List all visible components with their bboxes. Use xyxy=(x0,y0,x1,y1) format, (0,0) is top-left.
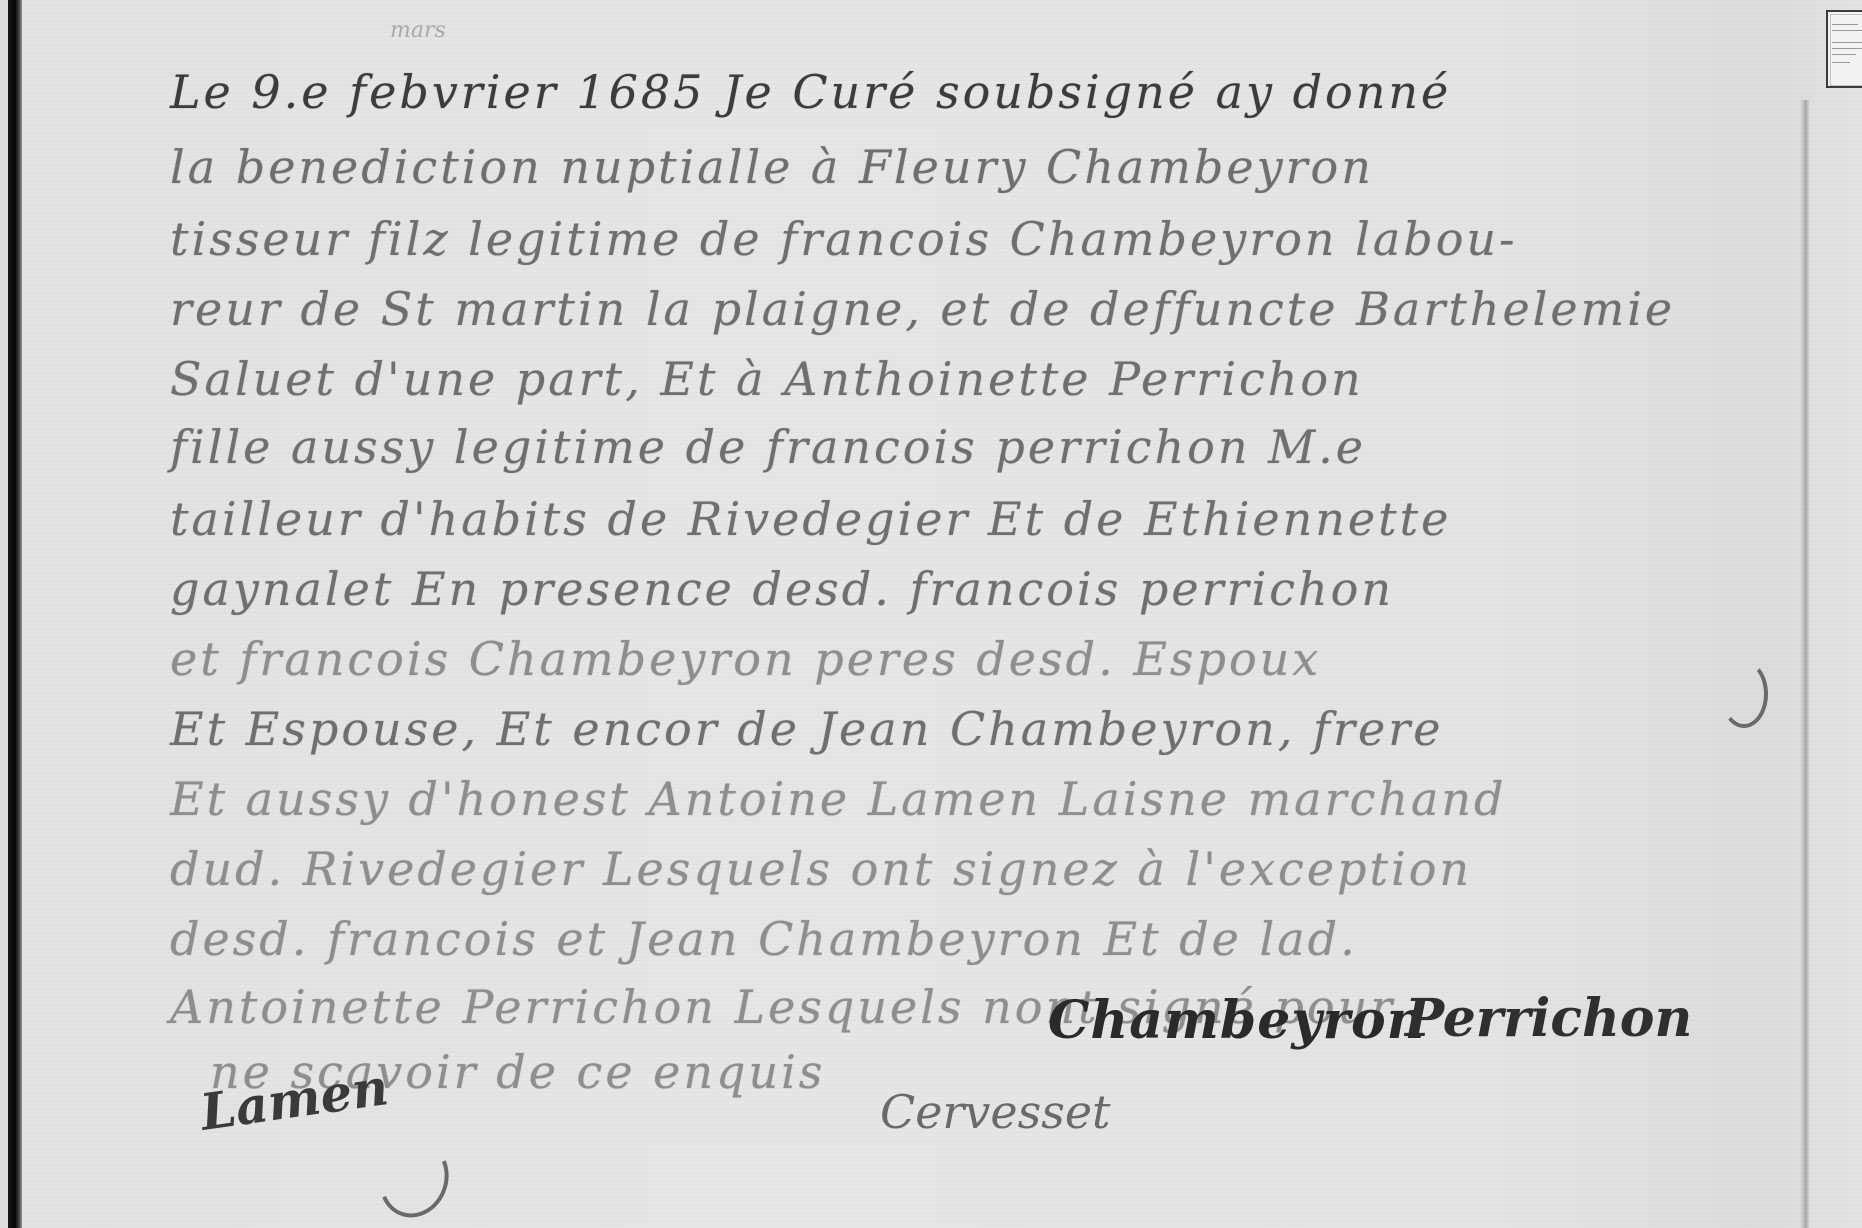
image-viewer[interactable]: mars Le 9.e febvrier 1685 Je Curé soubsi… xyxy=(0,0,1862,1228)
minimap-text-line xyxy=(1832,42,1862,43)
minimap-text-line xyxy=(1832,24,1858,25)
page-thumbnail-navigator[interactable] xyxy=(1826,10,1862,88)
minimap-text-line xyxy=(1832,48,1862,49)
line-end-flourish xyxy=(1720,660,1768,728)
entry-line-7: tailleur d'habits de Rivedegier Et de Et… xyxy=(170,492,1451,546)
entry-line-5: Saluet d'une part, Et à Anthoinette Perr… xyxy=(170,352,1364,406)
entry-line-2: la benediction nuptialle à Fleury Chambe… xyxy=(170,140,1374,194)
entry-line-9: et francois Chambeyron peres desd. Espou… xyxy=(170,632,1321,686)
entry-line-6: fille aussy legitime de francois perrich… xyxy=(170,420,1366,474)
entry-line-13: desd. francois et Jean Chambeyron Et de … xyxy=(170,912,1358,966)
page-binding-edge xyxy=(8,0,22,1228)
signature-chambeyron: Chambeyron xyxy=(1048,990,1425,1051)
page-right-edge xyxy=(1800,100,1810,1228)
entry-line-11: Et aussy d'honest Antoine Lamen Laisne m… xyxy=(170,772,1506,826)
entry-line-3: tisseur filz legitime de francois Chambe… xyxy=(170,212,1518,266)
minimap-text-line xyxy=(1832,54,1856,55)
entry-line-10: Et Espouse, Et encor de Jean Chambeyron,… xyxy=(170,702,1443,756)
minimap-text-line xyxy=(1832,62,1850,63)
entry-line-4: reur de St martin la plaigne, et de deff… xyxy=(170,282,1675,336)
entry-line-1: Le 9.e febvrier 1685 Je Curé soubsigné a… xyxy=(170,65,1451,119)
signature-cure: Cervesset xyxy=(880,1085,1111,1139)
entry-line-12: dud. Rivedegier Lesquels ont signez à l'… xyxy=(170,842,1472,896)
minimap-text-line xyxy=(1832,30,1862,31)
interlinear-insert: mars xyxy=(390,18,446,43)
entry-line-8: gaynalet En presence desd. francois perr… xyxy=(170,562,1394,616)
signature-perrichon: Perrichon xyxy=(1405,988,1692,1049)
adjacent-page-margin xyxy=(0,0,8,1228)
